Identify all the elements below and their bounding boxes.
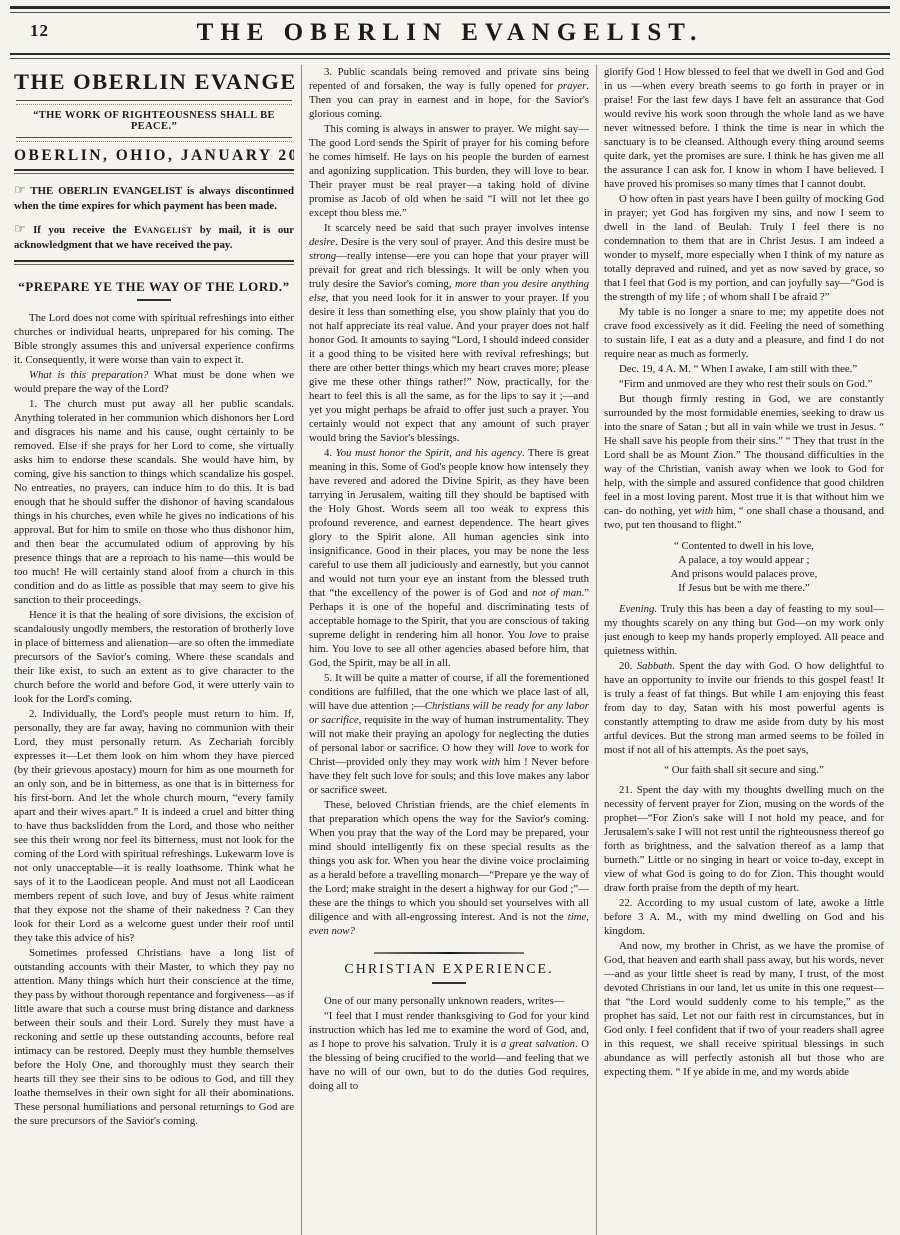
paragraph: The Lord does not come with spiritual re… xyxy=(14,311,294,367)
paragraph: This coming is always in answer to praye… xyxy=(309,122,589,220)
double-rule xyxy=(14,260,294,265)
running-title: THE OBERLIN EVANGELIST. xyxy=(197,19,704,47)
paragraph: 1. The church must put away all her publ… xyxy=(14,397,294,607)
column-rule xyxy=(301,65,302,1235)
page-body: THE OBERLIN EVANGELIST “THE WORK OF RIGH… xyxy=(0,59,900,1235)
subscription-notice-2: ☞ If you receive the Evangelist by mail,… xyxy=(14,220,294,252)
paragraph: Dec. 19, 4 A. M. “ When I awake, I am st… xyxy=(604,362,884,376)
paragraph: My table is no longer a snare to me; my … xyxy=(604,305,884,361)
paragraph: Sometimes professed Christians have a lo… xyxy=(14,946,294,1128)
wavy-rule xyxy=(16,100,292,105)
masthead-dateline: OBERLIN, OHIO, JANUARY 20, 1857. xyxy=(14,147,294,165)
poem-line: And prisons would palaces prove, xyxy=(604,567,884,581)
paragraph: 3. Public scandals being removed and pri… xyxy=(309,65,589,121)
paragraph: glorify God ! How blessed to feel that w… xyxy=(604,65,884,191)
paragraph: Evening. Truly this has been a day of fe… xyxy=(604,602,884,658)
column-3: glorify God ! How blessed to feel that w… xyxy=(604,65,884,1235)
subscription-notice-1: ☞ THE OBERLIN EVANGELIST is always disco… xyxy=(14,181,294,213)
column-1: THE OBERLIN EVANGELIST “THE WORK OF RIGH… xyxy=(14,65,294,1235)
masthead-title: THE OBERLIN EVANGELIST xyxy=(14,69,294,95)
poem-stanza: “ Contented to dwell in his love, A pala… xyxy=(604,539,884,595)
page-number: 12 xyxy=(30,21,49,41)
paragraph: What is this preparation? What must be d… xyxy=(14,368,294,396)
notice-text: THE OBERLIN EVANGELIST is always discont… xyxy=(14,185,294,212)
poem-quote-line: “ Our faith shall sit secure and sing.” xyxy=(604,763,884,777)
ornament-divider xyxy=(137,299,171,301)
double-rule xyxy=(14,169,294,174)
article-title-prepare: “PREPARE YE THE WAY OF THE LORD.” xyxy=(14,279,294,295)
column-2: 3. Public scandals being removed and pri… xyxy=(309,65,589,1235)
masthead-motto: “THE WORK OF RIGHTEOUSNESS SHALL BE PEAC… xyxy=(14,110,294,132)
paragraph: “Firm and unmoved are they who rest thei… xyxy=(604,377,884,391)
paragraph: 22. According to my usual custom of late… xyxy=(604,896,884,938)
paragraph: 21. Spent the day with my thoughts dwell… xyxy=(604,783,884,895)
paragraph: One of our many personally unknown reade… xyxy=(309,994,589,1008)
poem-line: A palace, a toy would appear ; xyxy=(604,553,884,567)
column-rule xyxy=(596,65,597,1235)
ornament-divider xyxy=(432,982,466,984)
paragraph: “I feel that I must render thanksgiving … xyxy=(309,1009,589,1093)
page-header: 12 THE OBERLIN EVANGELIST. xyxy=(0,13,900,51)
paragraph: 5. It will be quite a matter of course, … xyxy=(309,671,589,797)
section-divider xyxy=(374,952,524,954)
paragraph: O how often in past years have I been gu… xyxy=(604,192,884,304)
paragraph: 2. Individually, the Lord's people must … xyxy=(14,707,294,945)
article-title-experience: CHRISTIAN EXPERIENCE. xyxy=(309,962,589,978)
pointing-hand-icon: ☞ xyxy=(14,182,26,197)
paragraph: But though firmly resting in God, we are… xyxy=(604,392,884,532)
paragraph: 4. You must honor the Spirit, and his ag… xyxy=(309,446,589,670)
wavy-rule xyxy=(16,137,292,142)
paragraph: Hence it is that the healing of sore div… xyxy=(14,608,294,706)
paragraph: And now, my brother in Christ, as we hav… xyxy=(604,939,884,1079)
top-border-rule xyxy=(10,6,890,13)
poem-line: If Jesus but be with me there.” xyxy=(604,581,884,595)
pointing-hand-icon: ☞ xyxy=(14,221,26,236)
notice-text: If you receive the Evangelist by mail, i… xyxy=(14,224,294,251)
paragraph: It scarcely need be said that such praye… xyxy=(309,221,589,445)
paragraph: These, beloved Christian friends, are th… xyxy=(309,798,589,938)
poem-line: “ Contented to dwell in his love, xyxy=(604,539,884,553)
paragraph: 20. Sabbath. Spent the day with God. O h… xyxy=(604,659,884,757)
